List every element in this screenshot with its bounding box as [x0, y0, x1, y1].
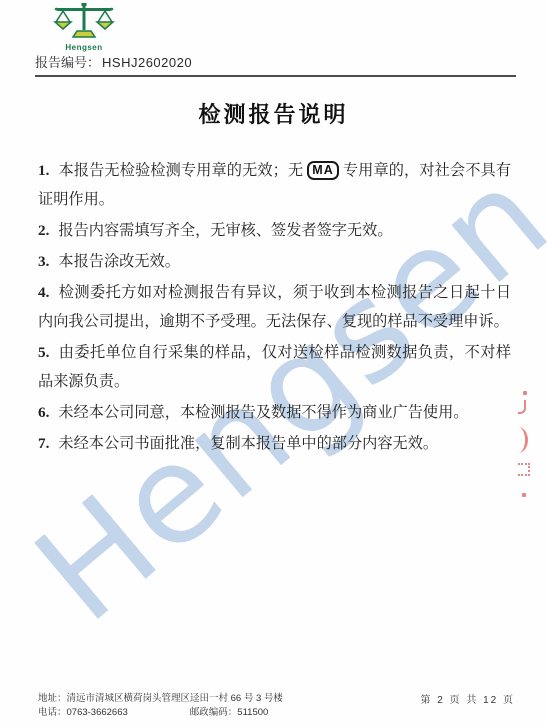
page-title: 检测报告说明 — [0, 98, 547, 129]
report-number-value: HSHJ2602020 — [102, 55, 192, 70]
company-logo-text: Hengsen — [52, 43, 116, 52]
notes-list: 1.本报告无检验检测专用章的无效；无MA专用章的，对社会不具有证明作用。 2.报… — [38, 156, 511, 460]
note-item-3: 3.本报告涂改无效。 — [38, 247, 511, 276]
note-text: 本报告无检验检测专用章的无效；无 — [58, 162, 303, 179]
note-number: 2. — [38, 222, 49, 239]
cma-mark-icon: MA — [307, 161, 338, 180]
note-text: 由委托单位自行采集的样品，仅对送检样品检测数据负责，不对样品来源负责。 — [38, 344, 511, 390]
note-text: 报告内容需填写齐全，无审核、签发者签字无效。 — [58, 222, 392, 239]
seal-fragment — [518, 463, 530, 476]
seal-fragment — [522, 493, 526, 497]
company-logo: Hengsen — [52, 3, 116, 52]
seal-fragment — [518, 400, 526, 414]
footer-phone-line: 电话：0763-3662663邮政编码：511500 — [38, 706, 283, 720]
footer-postal: 邮政编码：511500 — [190, 707, 269, 718]
note-item-7: 7.未经本公司书面批准，复制本报告单中的部分内容无效。 — [38, 429, 511, 458]
note-item-4: 4.检测委托方如对检测报告有异议，须于收到本检测报告之日起十日内向我公司提出，逾… — [38, 278, 511, 336]
footer-contact: 地址：清远市清城区横荷岗头管理区迳田一村 66 号 3 号楼 电话：0763-3… — [38, 692, 283, 719]
note-text: 未经本公司书面批准，复制本报告单中的部分内容无效。 — [58, 435, 438, 452]
report-number-label: 报告编号： — [35, 55, 100, 70]
seal-fragment — [523, 391, 527, 395]
report-number-line: 报告编号：HSHJ2602020 — [35, 52, 516, 77]
note-number: 1. — [38, 162, 49, 179]
note-number: 7. — [38, 435, 49, 452]
footer-phone: 电话：0763-3662663 — [38, 707, 128, 718]
note-number: 3. — [38, 253, 49, 270]
note-text: 本报告涂改无效。 — [58, 253, 180, 270]
report-page: Hengsen 报告编号：HSHJ2602020 检测报告说明 Hengsen … — [0, 0, 547, 727]
note-text: 检测委托方如对检测报告有异议，须于收到本检测报告之日起十日内向我公司提出，逾期不… — [38, 284, 511, 330]
balance-scale-icon — [52, 3, 116, 39]
note-item-6: 6.未经本公司同意，本检测报告及数据不得作为商业广告使用。 — [38, 398, 511, 427]
note-number: 5. — [38, 344, 49, 361]
note-text: 未经本公司同意，本检测报告及数据不得作为商业广告使用。 — [58, 404, 468, 421]
note-item-5: 5.由委托单位自行采集的样品，仅对送检样品检测数据负责，不对样品来源负责。 — [38, 338, 511, 396]
seal-fragments — [513, 385, 547, 520]
seal-fragment — [514, 427, 528, 453]
footer-address: 地址：清远市清城区横荷岗头管理区迳田一村 66 号 3 号楼 — [38, 692, 283, 706]
note-number: 6. — [38, 404, 49, 421]
note-number: 4. — [38, 284, 49, 301]
note-item-2: 2.报告内容需填写齐全，无审核、签发者签字无效。 — [38, 216, 511, 245]
page-number: 第 2 页 共 12 页 — [420, 691, 515, 706]
note-item-1: 1.本报告无检验检测专用章的无效；无MA专用章的，对社会不具有证明作用。 — [38, 156, 511, 214]
